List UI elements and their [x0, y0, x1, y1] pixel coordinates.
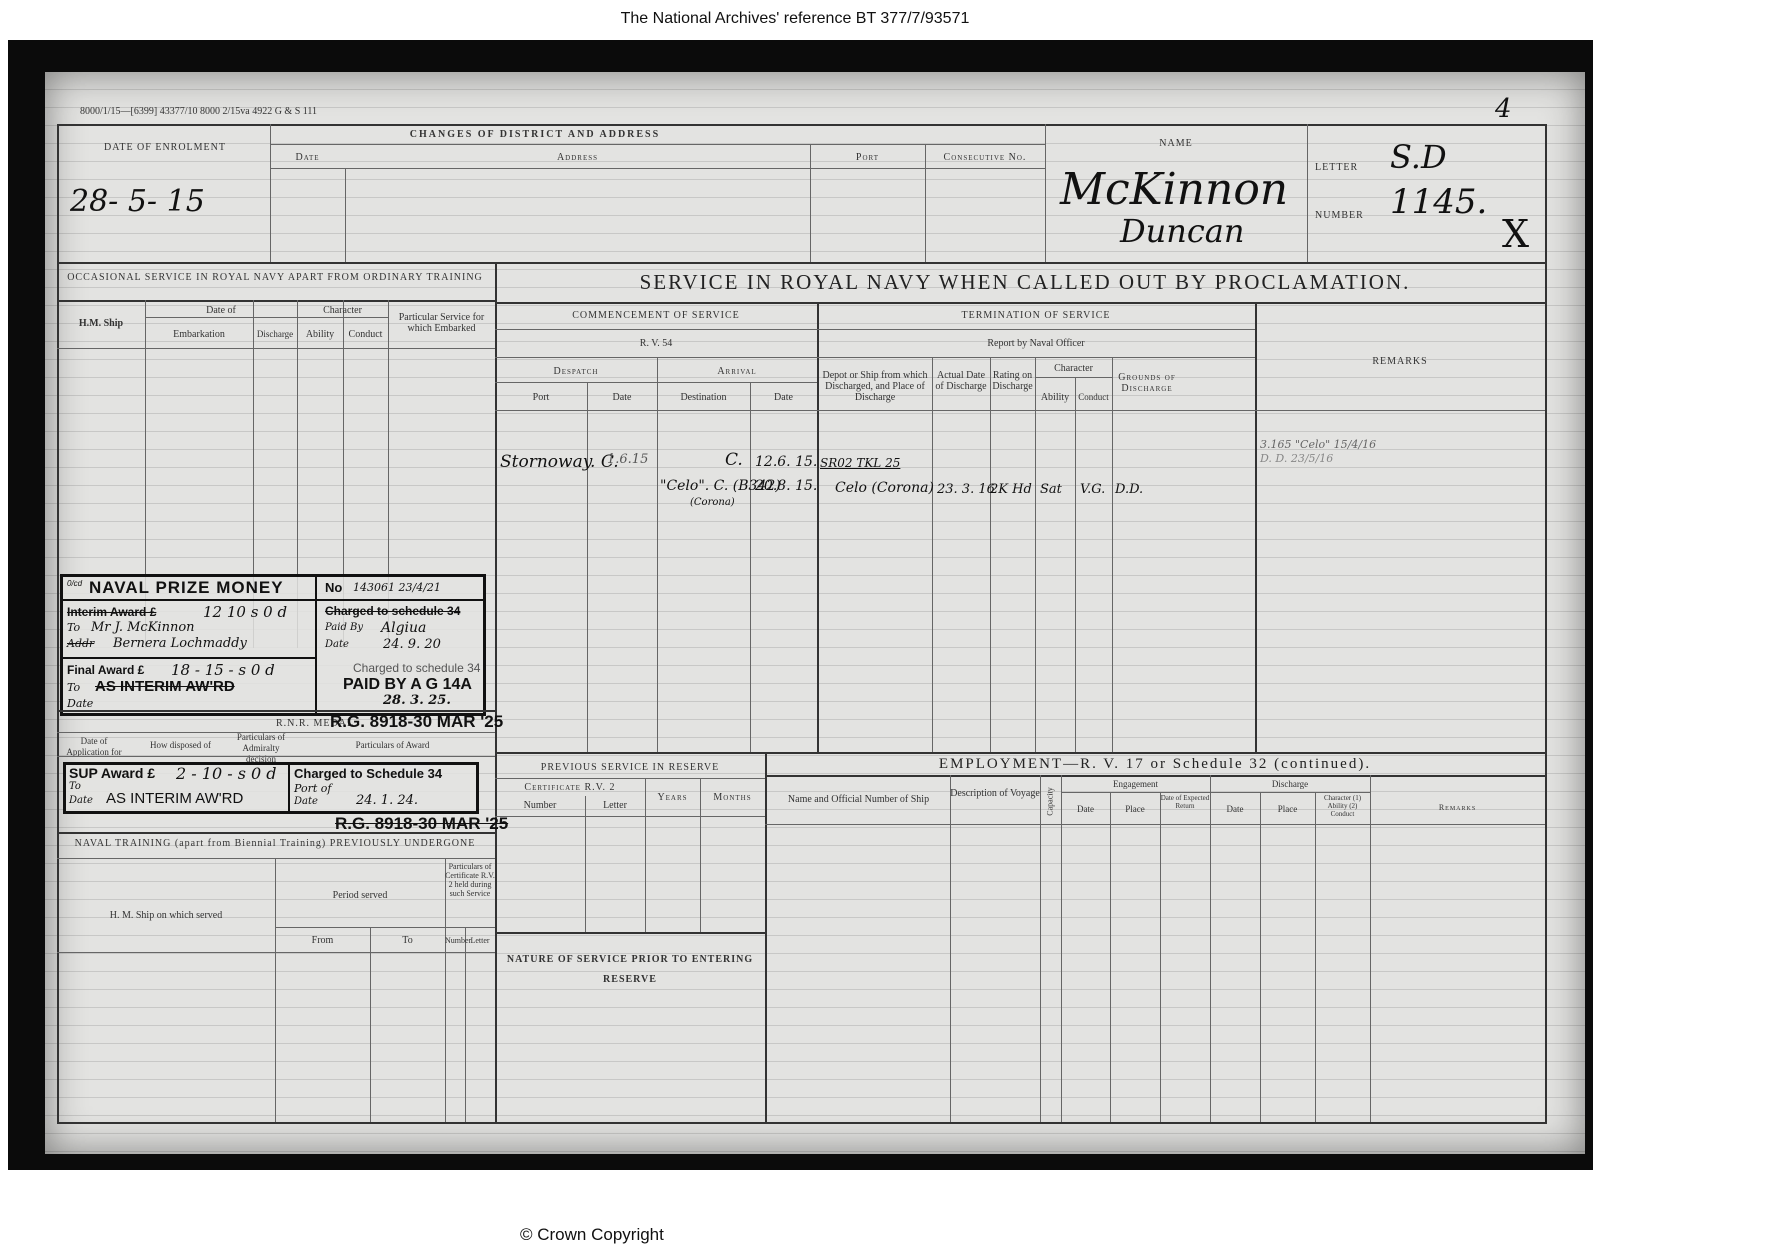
- entry-official-no: SR02 TKL 25: [820, 456, 900, 470]
- sup-value: 2 - 10 - s 0 d: [176, 764, 277, 783]
- employment-title: EMPLOYMENT—R. V. 17 or Schedule 32 (cont…: [765, 756, 1545, 773]
- prize-title: NAVAL PRIZE MONEY: [89, 578, 284, 598]
- commencement-title: COMMENCEMENT OF SERVICE: [495, 310, 817, 321]
- col-destination: Destination: [657, 392, 750, 403]
- col-arrival-date: Date: [750, 392, 817, 403]
- nt-col-to: To: [370, 935, 445, 946]
- enrolment-date: 28- 5- 15: [70, 184, 205, 219]
- col-rating: Rating on Discharge: [990, 370, 1035, 392]
- emp-engagement: Engagement: [1061, 779, 1210, 790]
- sup-to-value: AS INTERIM AW'RD: [106, 790, 243, 807]
- sup-award-stamp: SUP Award £ 2 - 10 - s 0 d To Date AS IN…: [63, 762, 479, 814]
- entry-grounds: D.D.: [1115, 482, 1143, 497]
- changes-col-address: Address: [345, 152, 810, 163]
- entry-remarks-2: D. D. 23/5/16: [1260, 452, 1333, 465]
- letter-value: S.D: [1390, 138, 1447, 176]
- changes-col-date: Date: [275, 152, 340, 163]
- rnr-col-disposed: How disposed of: [133, 740, 228, 751]
- entry-remarks-1: 3.165 "Celo" 15/4/16: [1260, 438, 1376, 451]
- paid-by-label: Paid By: [325, 622, 363, 633]
- naval-training-title: NAVAL TRAINING (apart from Biennial Trai…: [60, 838, 490, 849]
- pr-number: Number: [495, 800, 585, 811]
- col-port: Port: [495, 392, 587, 403]
- pr-certificate: Certificate R.V. 2: [495, 782, 645, 793]
- entry-dest1: C.: [725, 450, 743, 470]
- emp-col-eng-date: Date: [1061, 804, 1110, 815]
- proclamation-title: SERVICE IN ROYAL NAVY WHEN CALLED OUT BY…: [505, 270, 1545, 295]
- entry-rating: 2K Hd: [990, 482, 1032, 497]
- occ-col-particular: Particular Service for which Embarked: [390, 312, 493, 334]
- changes-title: CHANGES OF DISTRICT AND ADDRESS: [275, 129, 795, 140]
- prize-no-label: No: [325, 580, 342, 595]
- nt-col-from: From: [275, 935, 370, 946]
- occ-col-embark: Embarkation: [145, 329, 253, 340]
- emp-col-capacity: Capacity: [1045, 777, 1056, 827]
- prize-date-label: Date: [325, 639, 349, 650]
- entry-actual-date: 23. 3. 16: [937, 482, 995, 497]
- entry-arr-date1: 12.6. 15.: [755, 454, 817, 470]
- termination-title: TERMINATION OF SERVICE: [817, 310, 1255, 321]
- interim-label: Interim Award £: [67, 605, 156, 619]
- rnr-stamp-2: R.G. 8918-30 MAR '25: [335, 814, 508, 834]
- emp-col-character: Character (1) Ability (2) Conduct: [1315, 794, 1370, 818]
- occasional-title: OCCASIONAL SERVICE IN ROYAL NAVY APART F…: [65, 272, 485, 283]
- remarks-label: REMARKS: [1255, 356, 1545, 367]
- changes-col-port: Port: [810, 152, 925, 163]
- paid-by-value: Algiua: [381, 620, 426, 636]
- name-label: NAME: [1045, 138, 1307, 149]
- sup-date-label: Date: [69, 795, 93, 806]
- prev-reserve-title: PREVIOUS SERVICE IN RESERVE: [495, 762, 765, 773]
- enrolment-label: DATE OF ENROLMENT: [65, 142, 265, 153]
- nt-col-number: Number: [445, 935, 465, 946]
- final-label: Final Award £: [67, 663, 144, 677]
- forename: Duncan: [1120, 212, 1244, 250]
- occ-col-ability: Ability: [297, 329, 343, 340]
- col-grounds: Grounds of Discharge: [1112, 372, 1182, 394]
- letter-label: LETTER: [1315, 162, 1375, 173]
- print-code: 8000/1/15—[6399] 43377/10 8000 2/15va 49…: [80, 106, 317, 117]
- interim-value: 12 10 s 0 d: [203, 603, 287, 621]
- nt-col-letter: Letter: [465, 935, 495, 946]
- col-ability: Ability: [1035, 392, 1075, 403]
- prize-addr-value: Bernera Lochmaddy: [113, 636, 247, 651]
- final-to-value: AS INTERIM AW'RD: [95, 678, 235, 695]
- occ-col-ship: H.M. Ship: [57, 318, 145, 329]
- emp-col-dis-place: Place: [1260, 804, 1315, 815]
- col-conduct: Conduct: [1075, 392, 1112, 403]
- entry-arr-date2: 20.8. 15.: [755, 478, 817, 494]
- charged-2: Charged to schedule 34: [353, 661, 480, 675]
- prize-prefix: 0/cd: [67, 579, 82, 588]
- prize-to-value: Mr J. McKinnon: [91, 620, 195, 635]
- paid-stamp: PAID BY A G 14A: [343, 676, 472, 694]
- rnr-stamp-1: R.G. 8918-30 MAR '25: [330, 712, 503, 732]
- emp-col-voyage: Description of Voyage: [950, 788, 1040, 799]
- final-date-label: Date: [67, 697, 93, 710]
- prize-addr-label: Addr: [67, 637, 94, 650]
- sup-date2-value: 24. 1. 24.: [356, 793, 418, 808]
- entry-depot: Celo (Corona): [835, 480, 934, 496]
- entry-conduct: V.G.: [1080, 482, 1105, 497]
- col-character: Character: [1035, 363, 1112, 374]
- emp-col-eng-place: Place: [1110, 804, 1160, 815]
- corner-mark: 4: [1495, 94, 1512, 124]
- sup-date2-label: Date: [294, 796, 318, 807]
- surname: McKinnon: [1060, 164, 1288, 215]
- prize-money-stamp: 0/cd NAVAL PRIZE MONEY No 143061 23/4/21…: [60, 574, 486, 716]
- service-record-card: 8000/1/15—[6399] 43377/10 8000 2/15va 49…: [45, 72, 1585, 1154]
- prize-date-value: 24. 9. 20: [383, 637, 441, 652]
- col-actual-date: Actual Date of Discharge: [932, 370, 990, 392]
- rnr-col-application: Date of Application for: [59, 736, 129, 758]
- rv54-label: R. V. 54: [495, 338, 817, 349]
- nt-col-particulars: Particulars of Certificate R.V. 2 held d…: [445, 862, 495, 898]
- number-value: 1145.: [1390, 182, 1487, 222]
- occ-col-conduct: Conduct: [343, 329, 388, 340]
- final-paid-date: 28. 3. 25.: [383, 693, 451, 708]
- nt-col-ship: H. M. Ship on which served: [59, 910, 273, 921]
- emp-discharge: Discharge: [1210, 779, 1370, 790]
- entry-ability: Sat: [1040, 482, 1062, 497]
- prize-to-label: To: [67, 621, 80, 634]
- sup-port-label: Port of: [294, 782, 331, 795]
- occ-col-date-of: Date of: [145, 305, 297, 316]
- number-label: NUMBER: [1315, 210, 1375, 221]
- pr-letter: Letter: [585, 800, 645, 811]
- emp-col-dis-date: Date: [1210, 804, 1260, 815]
- sup-to-label: To: [69, 781, 81, 792]
- emp-col-name: Name and Official Number of Ship: [767, 794, 950, 805]
- sup-label: SUP Award £: [69, 765, 155, 781]
- pr-months: Months: [700, 792, 765, 803]
- occ-col-discharge: Discharge: [253, 329, 297, 340]
- col-depot: Depot or Ship from which Discharged, and…: [820, 370, 930, 403]
- changes-col-consecutive: Consecutive No.: [925, 152, 1045, 163]
- archive-reference: The National Archives' reference BT 377/…: [0, 10, 1590, 28]
- nature-title: NATURE OF SERVICE PRIOR TO ENTERING RESE…: [497, 950, 763, 990]
- prize-no-value: 143061 23/4/21: [353, 581, 441, 594]
- despatch-label: Despatch: [495, 366, 657, 377]
- entry-despatch-date: 1.6.15: [607, 452, 648, 467]
- col-despatch-date: Date: [587, 392, 657, 403]
- arrival-label: Arrival: [657, 366, 817, 377]
- charged-1: Charged to schedule 34: [325, 604, 460, 618]
- emp-col-expected: Date of Expected Return: [1160, 794, 1210, 810]
- nt-col-period: Period served: [275, 890, 445, 901]
- sup-charged: Charged to Schedule 34: [294, 766, 442, 781]
- cross-mark: X: [1502, 212, 1529, 256]
- entry-port: Stornoway. C.: [500, 452, 619, 472]
- occ-col-character: Character: [297, 305, 388, 316]
- emp-col-remarks: Remarks: [1370, 802, 1545, 813]
- rnr-col-admiralty: Particulars of Admiralty decision: [230, 732, 292, 765]
- rnr-col-award: Particulars of Award: [295, 740, 490, 751]
- final-to-label: To: [67, 681, 80, 694]
- entry-dest2-sub: (Corona): [690, 497, 735, 508]
- report-label: Report by Naval Officer: [817, 338, 1255, 349]
- final-value: 18 - 15 - s 0 d: [171, 661, 275, 679]
- copyright: © Crown Copyright: [520, 1225, 664, 1245]
- pr-years: Years: [645, 792, 700, 803]
